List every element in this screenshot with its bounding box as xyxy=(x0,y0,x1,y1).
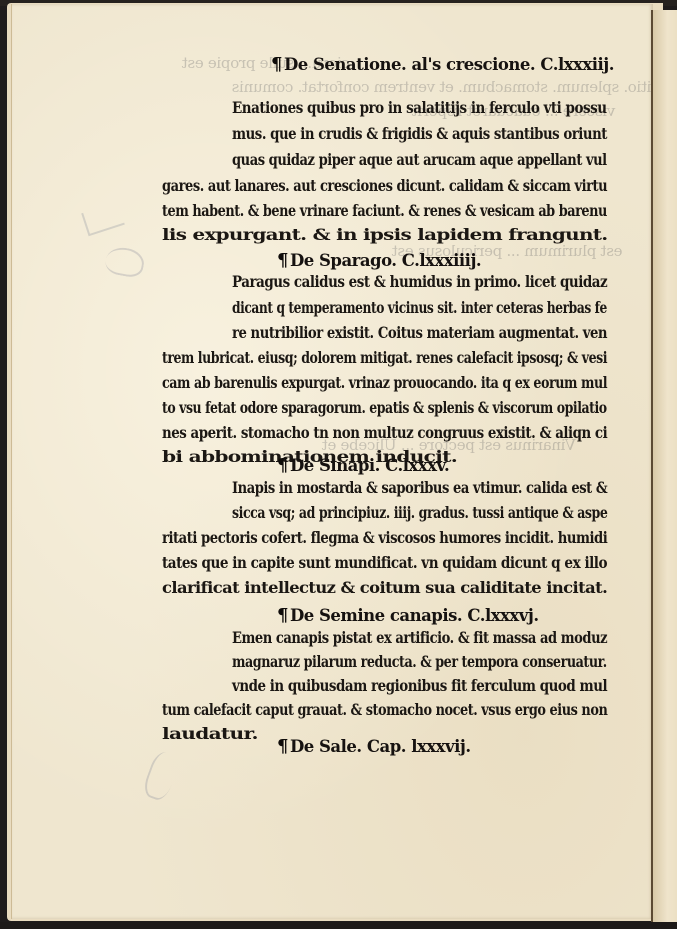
heading-text: De Sinapi. C.lxxxv. xyxy=(290,456,449,475)
text-line: tem habent. & bene vrinare faciunt. & re… xyxy=(162,201,607,220)
text-line: Enationes quibus pro in salatitijs in fe… xyxy=(232,98,607,117)
text-line: trem lubricat. eiusq; dolorem mitigat. r… xyxy=(162,348,607,367)
section-heading: ¶De Senatione. al's crescione. C.lxxxiij… xyxy=(271,54,614,75)
text-line: cam ab barenulis expurgat. vrinaz prouoc… xyxy=(162,373,607,392)
text-line: tum calefacit caput grauat. & stomacho n… xyxy=(162,700,607,719)
sketch-mark xyxy=(104,245,146,279)
sketch-mark xyxy=(141,749,182,803)
text-line: re nutribilior existit. Coitus materiam … xyxy=(232,323,607,342)
section-heading: ¶De Semine canapis. C.lxxxvj. xyxy=(277,605,539,626)
text-line: to vsu fetat odore sparagorum. epatis & … xyxy=(162,398,607,417)
pilcrow-icon: ¶ xyxy=(277,605,288,626)
text-line: mus. que in crudis & frigidis & aquis st… xyxy=(232,124,607,143)
text-line: Emen canapis pistat ex artificio. & fit … xyxy=(232,628,607,647)
facing-page-edge xyxy=(653,10,677,922)
text-line: sicca vsq; ad principiuz. iiij. gradus. … xyxy=(232,503,607,522)
heading-text: De Senatione. al's crescione. C.lxxxiij. xyxy=(284,55,614,74)
pilcrow-icon: ¶ xyxy=(277,250,288,271)
text-line: clarificat intellectuz & coitum sua cali… xyxy=(162,578,607,597)
text-line: magnaruz pilarum reducta. & per tempora … xyxy=(232,652,607,671)
heading-text: De Sparago. C.lxxxiiij. xyxy=(290,251,481,270)
pilcrow-icon: ¶ xyxy=(277,736,288,757)
text-line: tates que in capite sunt mundificat. vn … xyxy=(162,553,607,572)
heading-text: De Sale. Cap. lxxxvij. xyxy=(290,737,471,756)
section-heading: ¶De Sale. Cap. lxxxvij. xyxy=(277,736,471,757)
text-line: Inapis in mostarda & saporibus ea vtimur… xyxy=(232,478,607,497)
text-line: quas quidaz piper aque aut arucam aque a… xyxy=(232,150,607,169)
text-line: lis expurgant. & in ipsis lapidem frangu… xyxy=(162,225,607,244)
text-line: nes aperit. stomacho tn non multuz congr… xyxy=(162,423,607,442)
bleed-through-line: in salatitio. splenum. stomacbum. et ven… xyxy=(232,78,653,96)
text-line: dicant q temperamento vicinus sit. inter… xyxy=(232,298,607,317)
text-line: laudatur. xyxy=(162,724,258,743)
sketch-mark xyxy=(81,202,125,237)
scan-bottom-edge xyxy=(0,922,677,929)
text-line: gares. aut lanares. aut cresciones dicun… xyxy=(162,176,607,195)
text-line: ritati pectoris cofert. flegma & viscoso… xyxy=(162,528,607,547)
pilcrow-icon: ¶ xyxy=(277,455,288,476)
text-line: vnde in quibusdam regionibus fit ferculu… xyxy=(232,676,607,695)
text-line: Paragus calidus est & humidus in primo. … xyxy=(232,272,607,291)
pilcrow-icon: ¶ xyxy=(271,54,282,75)
heading-text: De Semine canapis. C.lxxxvj. xyxy=(290,606,539,625)
section-heading: ¶De Sinapi. C.lxxxv. xyxy=(277,455,449,476)
section-heading: ¶De Sparago. C.lxxxiiij. xyxy=(277,250,481,271)
